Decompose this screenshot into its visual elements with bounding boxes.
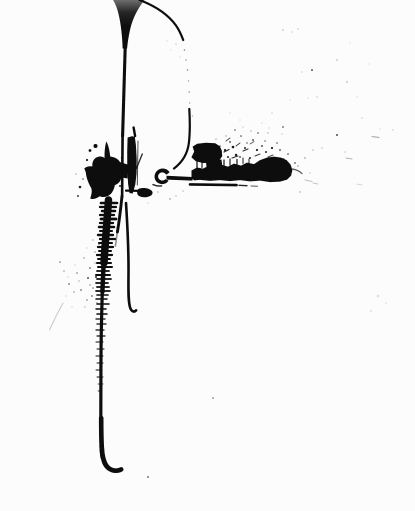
ink-speck: [279, 149, 281, 151]
ink-speck: [276, 142, 278, 144]
ink-speck: [87, 277, 89, 279]
ink-speck: [392, 129, 393, 130]
ink-speck: [89, 284, 90, 285]
ink-speck: [385, 302, 387, 304]
ink-speck: [224, 149, 226, 151]
ink-speck: [264, 140, 265, 141]
ink-speck: [370, 310, 372, 312]
ink-speck: [336, 59, 337, 60]
ink-speck: [271, 112, 272, 113]
ink-speck: [282, 126, 284, 128]
ink-speck: [311, 69, 313, 71]
ink-speck: [244, 147, 246, 149]
ink-speck: [369, 64, 370, 65]
ink-speck: [215, 138, 216, 139]
ink-speck: [344, 151, 345, 152]
ink-speck: [212, 397, 214, 399]
ink-speck: [290, 100, 291, 101]
ink-speck: [304, 157, 305, 158]
ink-speck: [77, 195, 79, 197]
ink-speck: [94, 144, 98, 148]
ink-speck: [336, 134, 338, 136]
ink-speck: [87, 248, 88, 249]
ink-speck: [321, 147, 322, 148]
ink-speck: [297, 165, 298, 166]
ink-speck: [252, 139, 254, 141]
ink-speck: [312, 149, 313, 150]
ink-speck: [267, 132, 268, 133]
ink-speck: [380, 129, 381, 130]
ink-speck: [294, 162, 296, 164]
ink-speck: [246, 142, 247, 143]
ink-speck: [167, 41, 168, 42]
ink-speck: [148, 203, 149, 204]
ink-speck: [192, 115, 193, 116]
ink-speck: [73, 291, 74, 292]
ink-speck: [265, 151, 267, 153]
ink-speck: [84, 306, 85, 307]
ink-speck: [175, 43, 176, 44]
ink-speck: [78, 280, 79, 281]
ink-speck: [175, 195, 176, 196]
ink-speck: [185, 59, 186, 60]
ink-speck: [232, 146, 235, 149]
ink-speck: [282, 29, 283, 30]
ink-speck: [147, 476, 149, 478]
ink-speck: [66, 296, 67, 297]
ink-speck: [219, 145, 221, 147]
ink-speck: [80, 289, 82, 291]
ink-speck: [287, 153, 289, 155]
ink-speck: [188, 91, 190, 93]
ink-speck: [119, 185, 121, 187]
ink-speck: [171, 50, 172, 51]
ink-speck: [261, 145, 263, 147]
ink-speck: [234, 129, 236, 131]
ink-speck: [82, 178, 84, 180]
ink-speck: [308, 98, 309, 99]
paper-background: [0, 0, 415, 511]
ink-speck: [79, 186, 82, 189]
ink-painting-svg: [0, 0, 415, 511]
ink-speck: [63, 270, 64, 271]
ink-speck: [281, 133, 282, 134]
ink-speck: [250, 130, 251, 131]
ink-speck: [92, 287, 94, 289]
ink-speck: [98, 243, 100, 245]
ink-speck: [94, 251, 95, 252]
ink-speck: [59, 261, 61, 263]
ink-speck: [121, 157, 123, 159]
ink-speck: [243, 127, 244, 128]
ink-speck: [75, 265, 76, 266]
ink-speck: [316, 96, 317, 97]
ink-speck: [184, 49, 186, 51]
ink-speck: [68, 283, 70, 285]
ink-speck: [86, 299, 88, 301]
ink-speck: [68, 277, 69, 278]
ink-speck: [72, 307, 73, 308]
ink-speck: [377, 295, 380, 298]
artwork-canvas: [0, 0, 415, 511]
ink-speck: [75, 173, 76, 174]
ink-speck: [257, 132, 259, 134]
ink-speck: [357, 97, 358, 98]
ink-speck: [269, 128, 270, 129]
ink-speck: [83, 257, 84, 258]
small-dash-above-bar: [134, 128, 136, 137]
ink-speck: [256, 149, 258, 151]
ink-speck: [240, 120, 241, 121]
ink-speck: [227, 156, 229, 158]
ink-speck: [86, 159, 88, 161]
ink-speck: [91, 295, 93, 297]
band-underline: [190, 184, 237, 185]
ink-speck: [94, 262, 95, 263]
ink-speck: [89, 267, 91, 269]
ink-speck: [92, 239, 93, 240]
ink-speck: [188, 80, 189, 81]
ink-speck: [249, 157, 251, 159]
ink-speck: [346, 81, 347, 82]
ink-speck: [235, 154, 237, 156]
ink-speck: [95, 276, 97, 278]
ink-speck: [299, 191, 300, 192]
ink-speck: [297, 28, 298, 29]
ink-speck: [240, 135, 242, 137]
ink-speck: [239, 156, 241, 158]
ink-speck: [230, 113, 231, 114]
ink-speck: [157, 191, 158, 192]
ink-speck: [225, 135, 226, 136]
ink-speck: [189, 102, 190, 103]
ink-speck: [309, 172, 310, 173]
ink-speck: [291, 31, 292, 32]
ink-speck: [262, 123, 263, 124]
ink-speck: [229, 141, 231, 143]
ink-speck: [180, 57, 181, 58]
flag-blob: [191, 143, 222, 163]
ink-speck: [271, 147, 273, 149]
ink-speck: [301, 71, 302, 72]
ink-speck: [169, 198, 170, 199]
ink-speck: [96, 302, 97, 303]
ink-speck: [361, 117, 362, 118]
ink-speck: [182, 190, 183, 191]
ink-speck: [76, 272, 78, 274]
ink-speck: [89, 149, 92, 152]
ink-speck: [187, 69, 189, 71]
ink-speck: [350, 43, 351, 44]
